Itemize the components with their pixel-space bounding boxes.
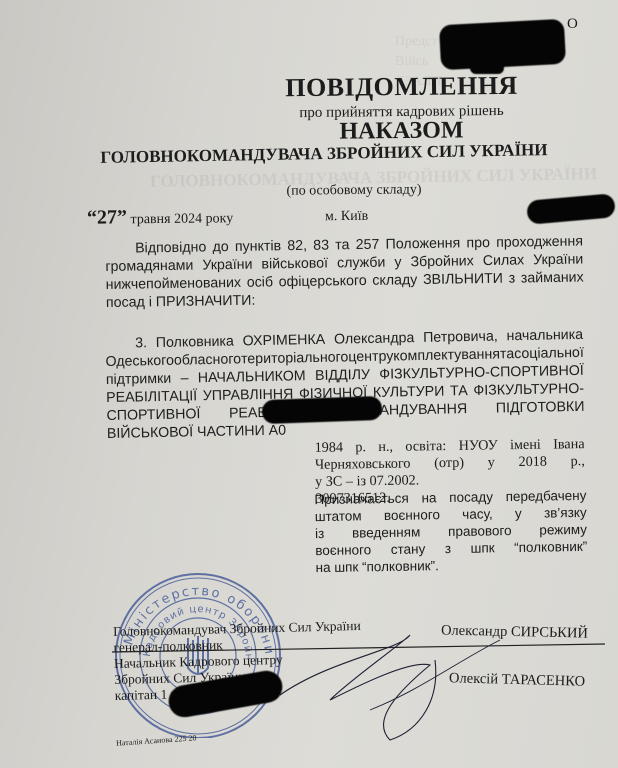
word: воєнного: [384, 506, 440, 524]
word: Збройних: [410, 252, 474, 271]
word: СПОРТИВНОЇ: [106, 405, 200, 425]
word: воєнного: [315, 541, 371, 559]
word: України: [533, 250, 583, 269]
word: Призначається: [314, 490, 409, 508]
word: посаду: [449, 488, 493, 506]
word: обласного: [174, 350, 241, 369]
word: НАЧАЛЬНИКОМ: [198, 367, 306, 387]
word: Полковника: [156, 333, 234, 352]
word: комплектування: [393, 345, 500, 365]
word: Відповідно: [135, 238, 206, 257]
word: ПІДГОТОВКИ: [496, 398, 585, 418]
word: 83: [313, 236, 329, 254]
word: та: [500, 345, 515, 363]
word: Одеського: [105, 352, 174, 371]
word: у: [394, 253, 401, 271]
word: Силах: [483, 251, 525, 270]
document-title: ПОВІДОМЛЕННЯ: [185, 70, 618, 105]
word: передбачену: [505, 487, 586, 505]
word: ВІЙСЬКОВОЇ ЧАСТИНИ А0: [107, 423, 286, 442]
word: РЕАБІЛІТАЦІЇ: [106, 387, 197, 407]
word: ФІЗКУЛЬТУРНО-: [473, 380, 584, 400]
word: на: [421, 489, 436, 506]
appointment-note: Призначаєтьсянапосадупередбаченуштатомво…: [314, 487, 587, 576]
word: р.: [355, 439, 366, 456]
order-city: м. Київ: [325, 209, 368, 225]
word: введенням: [352, 523, 421, 541]
word: служби: [337, 254, 386, 273]
word: територіального: [241, 348, 349, 368]
word: Черняховського: [315, 456, 411, 474]
word: офіцерського: [279, 272, 367, 291]
appointment-item: 3.ПолковникаОХРІМЕНКАОлександраПетровича…: [105, 326, 585, 443]
word: осіб: [247, 273, 274, 291]
word: 2018: [518, 454, 547, 471]
preamble-paragraph: Відповіднодопунктів82,83та257Положенняпр…: [105, 232, 584, 311]
text-line: на шпк “полковник”.: [315, 555, 587, 576]
order-date: “27” травня 2024 року: [87, 205, 233, 230]
word: 257: [356, 236, 380, 254]
word: Івана: [553, 436, 585, 453]
word: із: [315, 525, 324, 542]
word: зв’язку: [544, 504, 587, 522]
word: до: [212, 238, 228, 256]
signatory1-name: Олександр СИРСЬКИЙ: [441, 622, 588, 642]
word: Положення: [385, 234, 460, 253]
word: підтримки: [106, 370, 172, 389]
word: пунктів: [235, 237, 281, 256]
corner-text-fragment: О: [567, 16, 578, 33]
document-photo: ПредстВійсьДЗАЛИ ГОЛОВНОКОМАНДУВАЧА ЗБРО…: [0, 0, 618, 768]
order-month-year: травня 2024 року: [130, 211, 233, 227]
word: військової: [261, 255, 328, 274]
word: нижчепойменованих: [106, 274, 242, 294]
word: з: [445, 540, 451, 557]
word: про: [466, 234, 490, 252]
word: складу: [372, 271, 417, 290]
word: громадянами: [105, 257, 193, 276]
word: у: [515, 505, 522, 522]
redaction-mark: [262, 396, 383, 424]
word: імені: [510, 437, 541, 454]
word: на шпк “полковник”.: [315, 558, 439, 575]
word: 1984: [315, 439, 344, 456]
word: центру: [348, 347, 393, 366]
word: стану: [391, 540, 426, 558]
word: ВІДДІЛУ: [315, 366, 370, 385]
word: –: [180, 369, 188, 387]
word: займаних: [521, 268, 584, 287]
redaction-mark: [526, 193, 616, 225]
signatory2-name: Олексій ТАРАСЕНКО: [449, 670, 585, 691]
word: соціальної: [514, 344, 584, 363]
order-day: “27”: [87, 206, 127, 228]
word: ТА: [450, 382, 468, 400]
word: штатом: [315, 507, 362, 525]
word: та: [335, 236, 350, 254]
word: проходження: [496, 232, 583, 251]
word: Петровича,: [423, 327, 498, 346]
word: 3.: [135, 334, 147, 352]
word: правового: [448, 522, 512, 540]
word: посад і ПРИЗНАЧИТИ:: [106, 293, 256, 311]
word: режиму: [539, 521, 587, 539]
word: 82,: [287, 237, 307, 255]
word: шпк: [470, 539, 494, 556]
word: України: [202, 256, 252, 275]
word: Олександра: [334, 329, 415, 349]
word: НУОУ: [459, 437, 498, 455]
word: начальника: [506, 326, 583, 345]
word: “полковник”: [514, 538, 587, 556]
word: у: [488, 454, 495, 471]
word: (отр): [434, 455, 464, 472]
word: ОХРІМЕНКА: [243, 331, 326, 351]
word: часу,: [462, 505, 493, 522]
word: р.,: [571, 453, 585, 470]
word: н.,: [378, 439, 393, 456]
word: КУЛЬТУРИ: [373, 382, 445, 401]
word: з: [508, 270, 515, 288]
word: у ЗС – із 07.2002.: [315, 472, 419, 489]
word: ЗВІЛЬНИТИ: [423, 270, 503, 289]
word: освіта:: [405, 438, 446, 456]
